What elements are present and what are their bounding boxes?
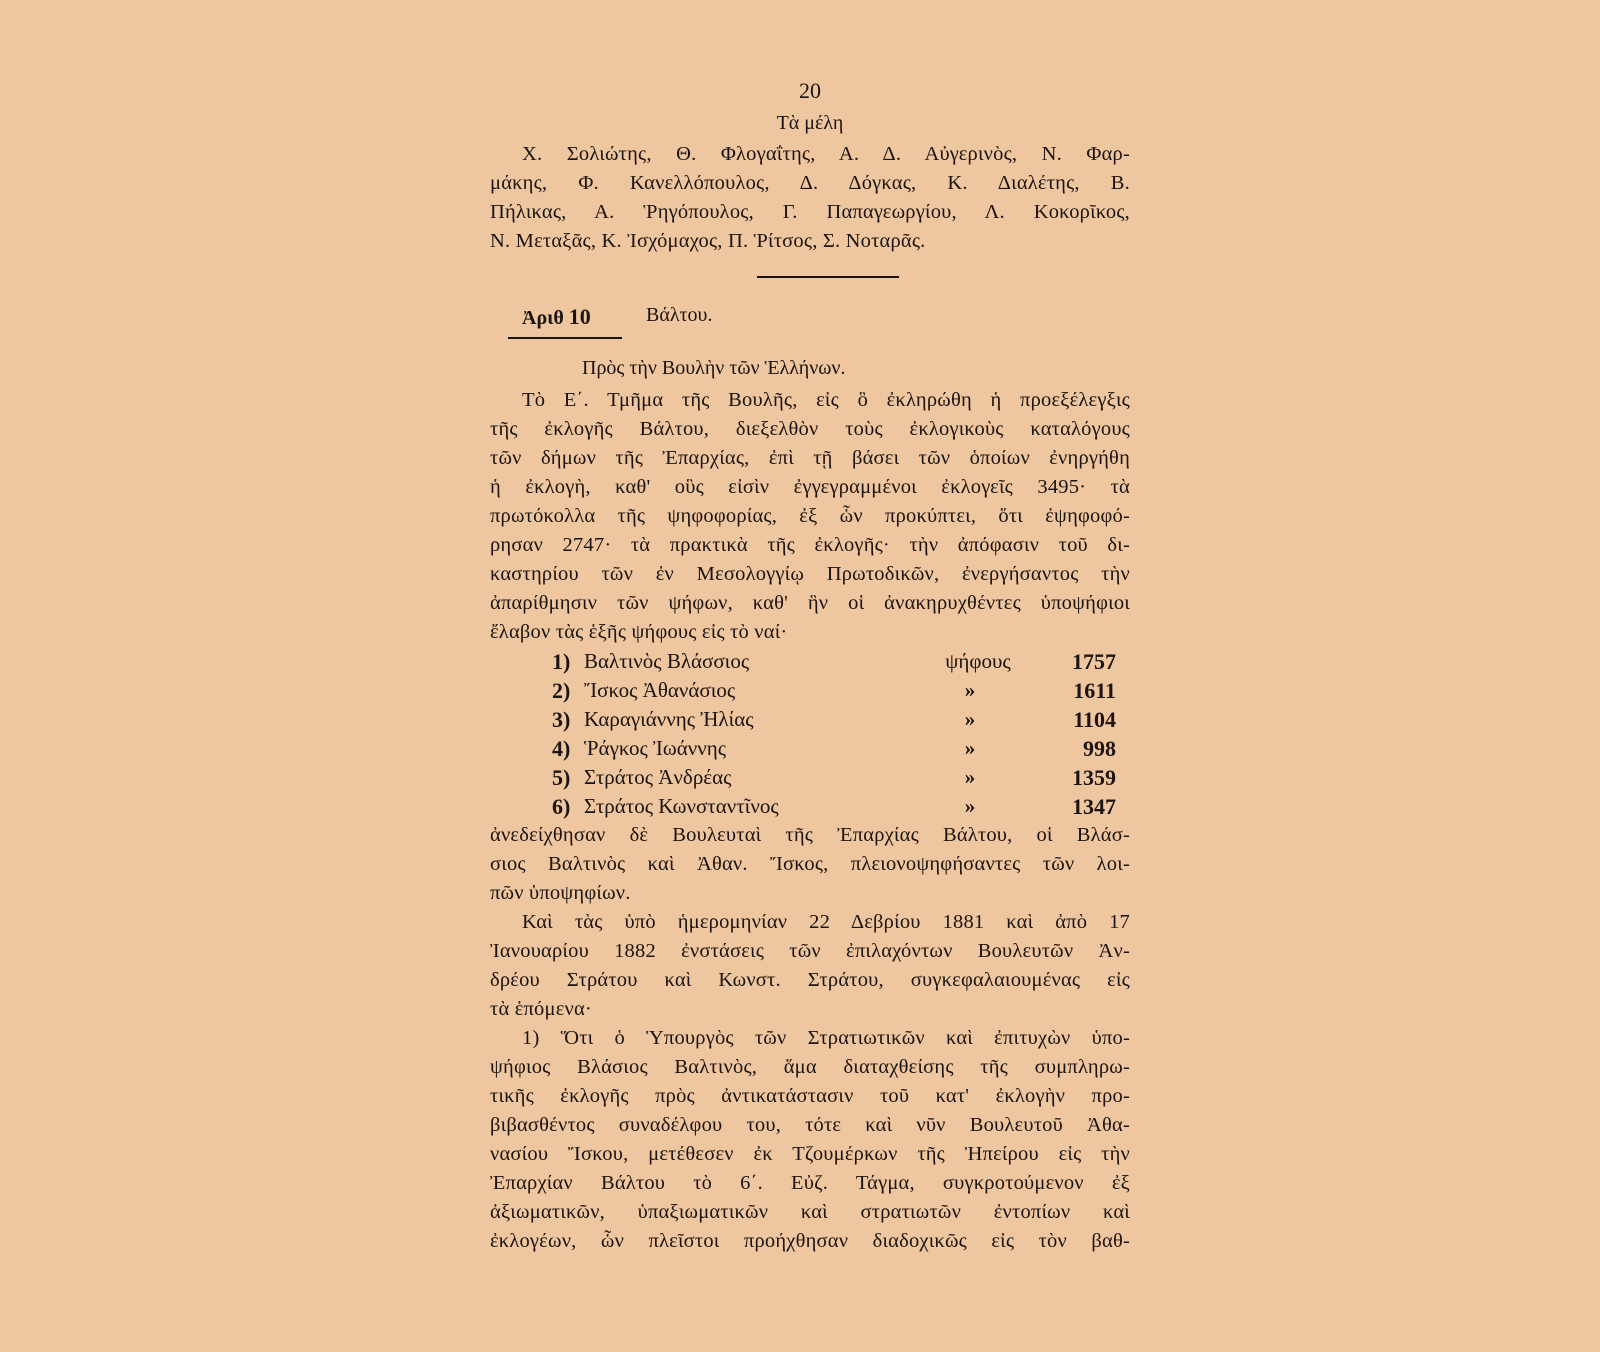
- section-divider: [757, 276, 899, 278]
- vote-row: 4) Ῥάγκος Ἰωάννης » 998: [490, 734, 1130, 763]
- paragraph-election-review: Τὸ Ε΄. Τμῆμα τῆς Βουλῆς, εἰς ὃ ἐκληρώθη …: [490, 386, 1130, 647]
- report-heading: Ἀριθ 10 Βάλτου.: [490, 304, 1130, 338]
- vote-count: 1104: [1073, 705, 1116, 734]
- candidate-name: Ἴσκος Ἀθανάσιος: [584, 676, 735, 705]
- vote-index: 3): [552, 705, 570, 734]
- text-line: Τὸ Ε΄. Τμῆμα τῆς Βουλῆς, εἰς ὃ ἐκληρώθη …: [490, 386, 1130, 415]
- vote-row: 5) Στράτος Ἀνδρέας » 1359: [490, 763, 1130, 792]
- members-list: Χ. Σολιώτης, Θ. Φλογαΐτης, Α. Δ. Αὐγεριν…: [490, 140, 1130, 256]
- text-line: Ἐπαρχίαν Βάλτου τὸ 6΄. Εὐζ. Τάγμα, συγκρ…: [490, 1169, 1130, 1198]
- ditto-mark: »: [930, 705, 1010, 734]
- candidate-name: Βαλτινὸς Βλάσσιος: [584, 647, 749, 676]
- candidate-name: Στράτος Ἀνδρέας: [584, 763, 731, 792]
- members-line: Χ. Σολιώτης, Θ. Φλογαΐτης, Α. Δ. Αὐγεριν…: [490, 140, 1130, 169]
- text-line: τικῆς ἐκλογῆς πρὸς ἀντικατάστασιν τοῦ κα…: [490, 1082, 1130, 1111]
- text-line: ἀπαρίθμησιν τῶν ψήφων, καθ' ἣν οἱ ἀνακηρ…: [490, 589, 1130, 618]
- text-line: ἀνεδείχθησαν δὲ Βουλευταὶ τῆς Ἐπαρχίας Β…: [490, 821, 1130, 850]
- text-line: πρωτόκολλα τῆς ψηφοφορίας, ἐξ ὧν προκύπτ…: [490, 502, 1130, 531]
- vote-index: 4): [552, 734, 570, 763]
- text-line: καστηρίου τῶν ἐν Μεσολογγίῳ Πρωτοδικῶν, …: [490, 560, 1130, 589]
- report-number: Ἀριθ 10: [522, 304, 591, 330]
- vote-row: 2) Ἴσκος Ἀθανάσιος » 1611: [490, 676, 1130, 705]
- vote-count: 1347: [1072, 792, 1116, 821]
- address-line: Πρὸς τὴν Βουλὴν τῶν Ἑλλήνων.: [490, 350, 1130, 386]
- paragraph-objections: Καὶ τὰς ὑπὸ ἡμερομηνίαν 22 Δεβρίου 1881 …: [490, 908, 1130, 1024]
- vote-count: 1757: [1072, 647, 1116, 676]
- text-line: ρησαν 2747· τὰ πρακτικὰ τῆς ἐκλογῆς· τὴν…: [490, 531, 1130, 560]
- text-line: πῶν ὑποψηφίων.: [490, 879, 1130, 908]
- text-line: σιος Βαλτινὸς καὶ Ἀθαν. Ἴσκος, πλειονοψη…: [490, 850, 1130, 879]
- vote-index: 1): [552, 647, 570, 676]
- paragraph-elected: ἀνεδείχθησαν δὲ Βουλευταὶ τῆς Ἐπαρχίας Β…: [490, 821, 1130, 908]
- members-line: Πήλικας, Α. Ῥηγόπουλος, Γ. Παπαγεωργίου,…: [490, 198, 1130, 227]
- candidate-name: Καραγιάννης Ἠλίας: [584, 705, 754, 734]
- text-line: βιβασθέντος συναδέλφου του, τότε καὶ νῦν…: [490, 1111, 1130, 1140]
- text-line: 1) Ὅτι ὁ Ὑπουργὸς τῶν Στρατιωτικῶν καὶ ἐ…: [490, 1024, 1130, 1053]
- vote-count: 998: [1083, 734, 1116, 763]
- vote-row: 1) Βαλτινὸς Βλάσσιος ψήφους 1757: [490, 647, 1130, 676]
- members-title: Τὰ μέλη: [490, 108, 1130, 138]
- vote-results-list: 1) Βαλτινὸς Βλάσσιος ψήφους 1757 2) Ἴσκο…: [490, 647, 1130, 821]
- candidate-name: Στράτος Κωνσταντῖνος: [584, 792, 779, 821]
- ditto-mark: »: [930, 676, 1010, 705]
- text-line: τῶν δήμων τῆς Ἐπαρχίας, ἐπὶ τῇ βάσει τῶν…: [490, 444, 1130, 473]
- vote-row: 6) Στράτος Κωνσταντῖνος » 1347: [490, 792, 1130, 821]
- vote-index: 6): [552, 792, 570, 821]
- text-line: ἡ ἐκλογὴ, καθ' οὓς εἰσὶν ἐγγεγραμμένοι ἐ…: [490, 473, 1130, 502]
- vote-index: 2): [552, 676, 570, 705]
- text-line: Ἰανουαρίου 1882 ἐνστάσεις τῶν ἐπιλαχόντω…: [490, 937, 1130, 966]
- document-page: 20 Τὰ μέλη Χ. Σολιώτης, Θ. Φλογαΐτης, Α.…: [490, 74, 1130, 1256]
- candidate-name: Ῥάγκος Ἰωάννης: [584, 734, 726, 763]
- text-line: δρέου Στράτου καὶ Κωνστ. Στράτου, συγκεφ…: [490, 966, 1130, 995]
- vote-count: 1611: [1073, 676, 1116, 705]
- heading-underline: [508, 337, 622, 339]
- text-line: ψήφιος Βλάσιος Βαλτινὸς, ἅμα διαταχθείση…: [490, 1053, 1130, 1082]
- vote-unit: ψήφους: [938, 647, 1018, 676]
- paragraph-objection-1: 1) Ὅτι ὁ Ὑπουργὸς τῶν Στρατιωτικῶν καὶ ἐ…: [490, 1024, 1130, 1256]
- report-number-label: Ἀριθ: [522, 307, 564, 329]
- text-line: ἀξιωματικῶν, ὑπαξιωματικῶν καὶ στρατιωτῶ…: [490, 1198, 1130, 1227]
- text-line: νασίου Ἴσκου, μετέθεσεν ἐκ Τζουμέρκων τῆ…: [490, 1140, 1130, 1169]
- ditto-mark: »: [930, 792, 1010, 821]
- vote-index: 5): [552, 763, 570, 792]
- vote-count: 1359: [1072, 763, 1116, 792]
- members-line: Ν. Μεταξᾶς, Κ. Ἰσχόμαχος, Π. Ῥίτσος, Σ. …: [490, 227, 1130, 256]
- page-number: 20: [490, 74, 1130, 108]
- report-place: Βάλτου.: [646, 304, 712, 327]
- ditto-mark: »: [930, 734, 1010, 763]
- members-line: μάκης, Φ. Κανελλόπουλος, Δ. Δόγκας, Κ. Δ…: [490, 169, 1130, 198]
- text-line: τῆς ἐκλογῆς Βάλτου, διεξελθὸν τοὺς ἐκλογ…: [490, 415, 1130, 444]
- ditto-mark: »: [930, 763, 1010, 792]
- text-line: Καὶ τὰς ὑπὸ ἡμερομηνίαν 22 Δεβρίου 1881 …: [490, 908, 1130, 937]
- vote-row: 3) Καραγιάννης Ἠλίας » 1104: [490, 705, 1130, 734]
- text-line: τὰ ἑπόμενα·: [490, 995, 1130, 1024]
- report-number-value: 10: [569, 304, 591, 329]
- text-line: ἔλαβον τὰς ἑξῆς ψήφους εἰς τὸ ναί·: [490, 618, 1130, 647]
- text-line: ἐκλογέων, ὧν πλεῖστοι προήχθησαν διαδοχι…: [490, 1227, 1130, 1256]
